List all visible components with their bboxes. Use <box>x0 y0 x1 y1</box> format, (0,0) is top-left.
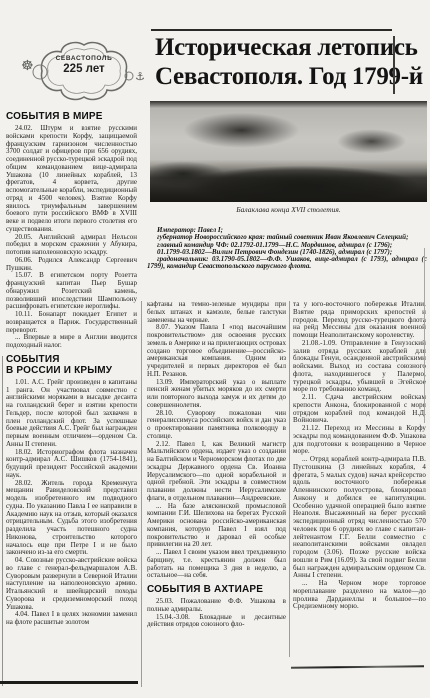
section-heading-russia: СОБЫТИЯ В РОССИИ И КРЫМУ <box>6 354 137 376</box>
news-paragraph: 1.01. А.С. Грейг произведен в капитаны 1… <box>6 379 137 449</box>
continuation-paragraphs: кафтаны на темно-зеленые мундиры при бел… <box>147 301 286 580</box>
page-title: Историческая летопись Севастополя. Год 1… <box>155 33 397 91</box>
emblem-text: СЕВАСТОПОЛЬ 225 лет <box>26 55 142 75</box>
newspaper-page: СЕВАСТОПОЛЬ 225 лет ☸ ⚓ Историческая лет… <box>0 0 430 698</box>
photo-caption: Балаклава конца XVII столетия. <box>150 205 427 214</box>
news-paragraph: 13.09. Императорский указ о выплате пенс… <box>147 379 286 410</box>
title-right-rule <box>393 36 395 94</box>
news-paragraph: кафтаны на темно-зеленые мундиры при бел… <box>147 301 286 324</box>
news-paragraph: 28.02. Житель города Кременчуга мещанин … <box>6 480 137 558</box>
news-paragraph: 25.03. Пожалование Ф.Ф. Ушакова в полные… <box>147 598 286 614</box>
column-middle: кафтаны на темно-зеленые мундиры при бел… <box>147 301 286 691</box>
title-top-rule <box>151 29 392 31</box>
news-paragraph: 28.10. Суворову пожалован чин генералисс… <box>147 410 286 441</box>
right-column-paragraphs: та у юго-восточного побережья Италии. Вз… <box>293 301 426 611</box>
page-title-line2: Севастополя. Год 1799-й <box>155 62 397 91</box>
emblem-anniversary-label: 225 лет <box>26 63 142 75</box>
news-paragraph: 21.12. Переход из Мессины в Корфу эскадр… <box>293 425 426 456</box>
column-divider-right <box>289 301 290 657</box>
news-paragraph: 18.02. Историографом флота назначен конт… <box>6 449 137 480</box>
column-world-events: СОБЫТИЯ В МИРЕ 24.02. Штурм и взятие рус… <box>6 111 137 685</box>
news-paragraph: 15.04.-3.08. Блокадные и десантные дейст… <box>147 614 286 630</box>
news-paragraph: ... Отряд кораблей контр-адмирала П.В. П… <box>293 456 426 580</box>
page-title-line1: Историческая летопись <box>155 33 397 62</box>
news-paragraph: ... На базе аляскинской промысловой комп… <box>147 503 286 550</box>
section-heading-russia-line1: СОБЫТИЯ <box>6 354 137 365</box>
news-paragraph: 06.06. Родился Александр Сергеевич Пушки… <box>6 257 137 273</box>
news-paragraph: 24.02. Штурм и взятие русскими войсками … <box>6 125 137 234</box>
column-divider-left <box>141 301 142 687</box>
officials-block: Император: Павел I;губернатор Новороссий… <box>147 227 427 300</box>
news-paragraph: 2.11. Сдача австрийским войскам крепости… <box>293 394 426 425</box>
sevastopol-225-emblem: СЕВАСТОПОЛЬ 225 лет ☸ ⚓ <box>26 36 142 106</box>
news-paragraph: ... Павел I своим указом ввел трехдневну… <box>147 549 286 580</box>
bottom-left-rule <box>0 681 138 684</box>
bottom-right-rule <box>291 665 424 668</box>
news-paragraph: та у юго-восточного побережья Италии. Вз… <box>293 301 426 340</box>
official-entry: градоначальник: 03.1790-05.1802—Ф.Ф. Уша… <box>147 256 427 271</box>
section-heading-russia-line2: В РОССИИ И КРЫМУ <box>6 365 137 376</box>
news-paragraph: 15.07. В египетском порту Розетта францу… <box>6 272 137 311</box>
akhtiar-paragraphs: 25.03. Пожалование Ф.Ф. Ушакова в полные… <box>147 598 286 629</box>
news-paragraph: 4.04. Павел I в целях экономии заменил н… <box>6 611 137 627</box>
column-right: та у юго-восточного побережья Италии. Вз… <box>293 301 426 665</box>
news-paragraph: 8.07. Указом Павла I «под высочайшим пок… <box>147 324 286 378</box>
news-paragraph: 10.11. Бонапарт покидает Египет и возвра… <box>6 311 137 334</box>
ship-wheel-icon: ☸ <box>21 58 34 74</box>
page-left-edge-line <box>2 356 3 686</box>
anchor-icon: ⚓ <box>135 70 145 83</box>
section-heading-world: СОБЫТИЯ В МИРЕ <box>6 111 137 122</box>
world-paragraphs: 24.02. Штурм и взятие русскими войсками … <box>6 125 137 350</box>
page-right-edge-line <box>424 248 425 423</box>
russia-paragraphs: 1.01. А.С. Грейг произведен в капитаны 1… <box>6 379 137 627</box>
section-heading-akhtiar: СОБЫТИЯ В АХТИАРЕ <box>147 584 286 595</box>
news-paragraph: 21.08.-1.09. Отправление в Генуэзский за… <box>293 340 426 394</box>
balaklava-bay-photo <box>150 101 427 202</box>
news-paragraph: ... На Черном море торговое мореплавание… <box>293 580 426 611</box>
news-paragraph: ... Впервые в мире в Англии вводится под… <box>6 334 137 350</box>
news-paragraph: 2.12. Павел I, как Великий магистр Мальт… <box>147 441 286 503</box>
news-paragraph: 20.05. Английский адмирал Нельсон победи… <box>6 234 137 257</box>
news-paragraph: 04. Союзные русско-австрийские войска во… <box>6 557 137 611</box>
emblem-city-name: СЕВАСТОПОЛЬ <box>26 55 142 62</box>
